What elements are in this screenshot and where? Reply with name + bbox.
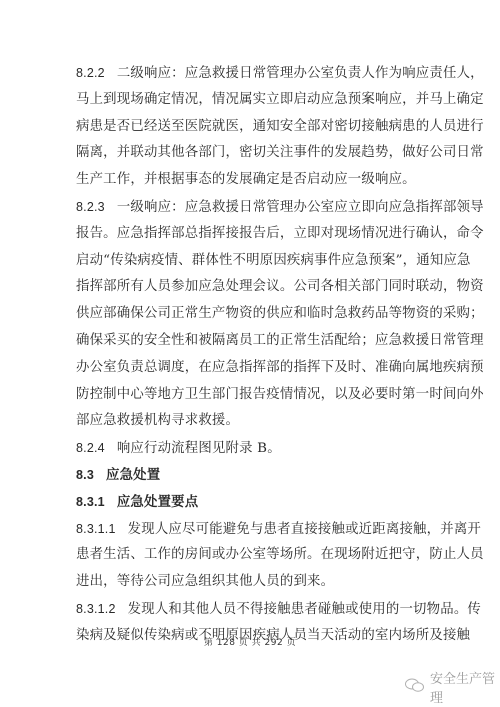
doc-line: 供应部确保公司正常生产物资的供应和临时急救药品等物资的采购； [76, 301, 428, 328]
doc-line: 启动“传染病疫情、群体性不明原因疾病事件应急预案”，通知应急 [76, 248, 428, 275]
doc-line: 8.2.4响应行动流程图见附录 B。 [76, 435, 428, 462]
doc-line: 生产工作，并根据事态的发展确定是否启动应一级响应。 [76, 167, 428, 194]
doc-line: 报告。应急指挥部总指挥接报告后，立即对现场情况进行确认，命令 [76, 221, 428, 248]
doc-line: 8.2.3一级响应：应急救援日常管理办公室应立即向应急指挥部领导 [76, 194, 428, 221]
doc-line: 8.2.2二级响应：应急救援日常管理办公室负责人作为响应责任人， [76, 60, 428, 87]
brand-name: 安全生产管理 [430, 668, 500, 706]
section-heading: 8.3应急处置 [76, 462, 428, 489]
document-body: 8.2.2二级响应：应急救援日常管理办公室负责人作为响应责任人， 马上到现场确定… [76, 60, 428, 650]
subsection-heading: 8.3.1应急处置要点 [76, 489, 428, 516]
doc-line: 8.3.1.1发现人应尽可能避免与患者直接接触或近距离接触，并离开 [76, 516, 428, 543]
doc-line: 隔离，并联动其他各部门，密切关注事件的发展趋势，做好公司日常 [76, 140, 428, 167]
doc-line: 指挥部所有人员参加应急处理会议。公司各相关部门同时联动，物资 [76, 274, 428, 301]
doc-line: 患者生活、工作的房间或办公室等场所。在现场附近把守，防止人员 [76, 542, 428, 569]
doc-line: 进出，等待公司应急组织其他人员的到来。 [76, 569, 428, 596]
doc-line: 8.3.1.2发现人和其他人员不得接触患者碰触或使用的一切物品。传 [76, 596, 428, 623]
doc-line: 病患是否已经送至医院就医，通知安全部对密切接触病患的人员进行 [76, 114, 428, 141]
doc-line: 办公室负责总调度，在应急指挥部的指挥下及时、准确向属地疾病预 [76, 355, 428, 382]
doc-line: 部应急救援机构寻求救援。 [76, 408, 428, 435]
page-number: 第 128 页 共 292 页 [0, 635, 500, 648]
doc-line: 马上到现场确定情况，情况属实立即启动应急预案响应，并马上确定 [76, 87, 428, 114]
doc-line: 防控制中心等地方卫生部门报告疫情情况，以及必要时第一时间向外 [76, 382, 428, 409]
wechat-icon [404, 677, 426, 697]
brand-watermark: 安全生产管理 [404, 668, 500, 706]
doc-line: 确保采买的安全性和被隔离员工的正常生活配给；应急救援日常管理 [76, 328, 428, 355]
